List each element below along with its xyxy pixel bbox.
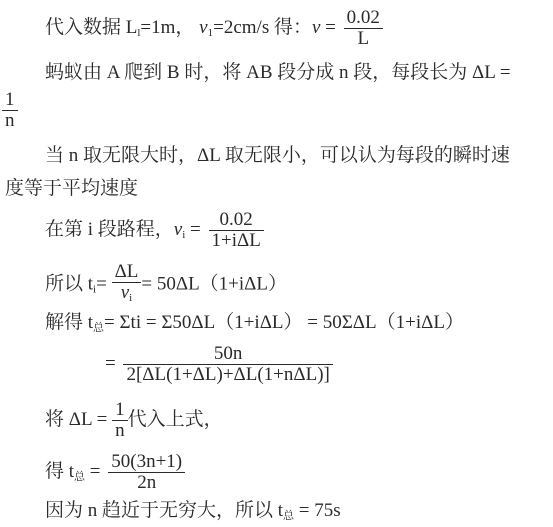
- line-segment-i-speed: 在第 i 段路程，vi = 0.021+iΔL: [45, 210, 267, 251]
- text: =2cm/s 得：: [213, 17, 312, 38]
- denominator: n: [112, 421, 128, 441]
- denominator: 2n: [108, 473, 185, 493]
- line-result-fraction: 得 t总 = 50(3n+1)2n: [45, 452, 188, 493]
- subscript: 总: [74, 471, 85, 483]
- fraction: 0.021+iΔL: [209, 210, 264, 251]
- equals: =: [320, 17, 335, 38]
- text: 代入上式，: [128, 409, 223, 430]
- text: 所以 t: [45, 273, 93, 294]
- line-final-answer: 因为 n 趋近于无穷大，所以 t总 = 75s: [45, 500, 341, 527]
- fraction: ΔLvi: [112, 262, 142, 308]
- line-substitute-delta-l: 将 ΔL = 1n代入上式，: [45, 400, 223, 441]
- velocity-symbol: v: [199, 17, 207, 38]
- text: 蚂蚁由 A 爬到 B 时，将 AB 段分成 n 段，每段长为 ΔL =: [45, 62, 511, 83]
- denominator: 2[ΔL(1+ΔL)+ΔL(1+nΔL)]: [123, 365, 332, 385]
- text: 因为 n 趋近于无穷大，所以 t: [45, 500, 283, 521]
- line-average-speed: 度等于平均速度: [5, 178, 138, 200]
- text: =1m，: [140, 17, 199, 38]
- line-total-time: 解得 t总= Σti = Σ50ΔL（1+iΔL） = 50ΣΔL（1+iΔL）: [45, 312, 464, 339]
- numerator: 1: [2, 90, 18, 111]
- fraction: 50(3n+1)2n: [108, 452, 185, 493]
- equals: =: [105, 353, 120, 374]
- numerator: 1: [112, 400, 128, 421]
- fraction: 1n: [112, 400, 128, 441]
- denominator: L: [344, 29, 383, 49]
- text: 当 n 取无限大时，ΔL 取无限小，可以认为每段的瞬时速: [45, 145, 510, 166]
- fraction: 50n2[ΔL(1+ΔL)+ΔL(1+nΔL)]: [123, 344, 332, 385]
- fraction: 1n: [2, 90, 18, 131]
- equals: =: [185, 219, 205, 240]
- velocity-symbol: v: [174, 219, 182, 240]
- denominator: 1+iΔL: [209, 231, 264, 251]
- numerator: 0.02: [344, 8, 383, 29]
- numerator: ΔL: [112, 262, 142, 283]
- text: = Σti = Σ50ΔL（1+iΔL） = 50ΣΔL（1+iΔL）: [104, 312, 464, 333]
- line-time-i: 所以 ti= ΔLvi= 50ΔL（1+iΔL）: [45, 262, 287, 308]
- text: 得 t: [45, 461, 74, 482]
- denominator: n: [2, 111, 18, 131]
- line-substitute-data: 代入数据 Ll=1m， v1=2cm/s 得：v = 0.02L: [45, 8, 386, 49]
- velocity-symbol: v: [121, 282, 129, 303]
- numerator: 50(3n+1): [108, 452, 185, 473]
- text: 将 ΔL =: [45, 409, 112, 430]
- subscript: 总: [283, 510, 294, 522]
- subscript: 总: [93, 322, 104, 334]
- text: = 50ΔL（1+iΔL）: [141, 273, 287, 294]
- fraction-one-over-n: 1n: [2, 90, 18, 131]
- line-total-time-fraction: = 50n2[ΔL(1+ΔL)+ΔL(1+nΔL)]: [105, 344, 336, 385]
- text: 代入数据 L: [45, 17, 137, 38]
- fraction: 0.02L: [344, 8, 383, 49]
- equals: =: [85, 461, 105, 482]
- numerator: 0.02: [209, 210, 264, 231]
- text: 度等于平均速度: [5, 178, 138, 199]
- subscript: i: [129, 292, 132, 304]
- numerator: 50n: [123, 344, 332, 365]
- text: = 75s: [294, 500, 341, 521]
- line-ant-segments: 蚂蚁由 A 爬到 B 时，将 AB 段分成 n 段，每段长为 ΔL =: [45, 62, 511, 84]
- equals: =: [96, 273, 107, 294]
- denominator: vi: [112, 283, 142, 308]
- line-infinite-n: 当 n 取无限大时，ΔL 取无限小，可以认为每段的瞬时速: [45, 145, 510, 167]
- text: 解得 t: [45, 312, 93, 333]
- text: 在第 i 段路程，: [45, 219, 174, 240]
